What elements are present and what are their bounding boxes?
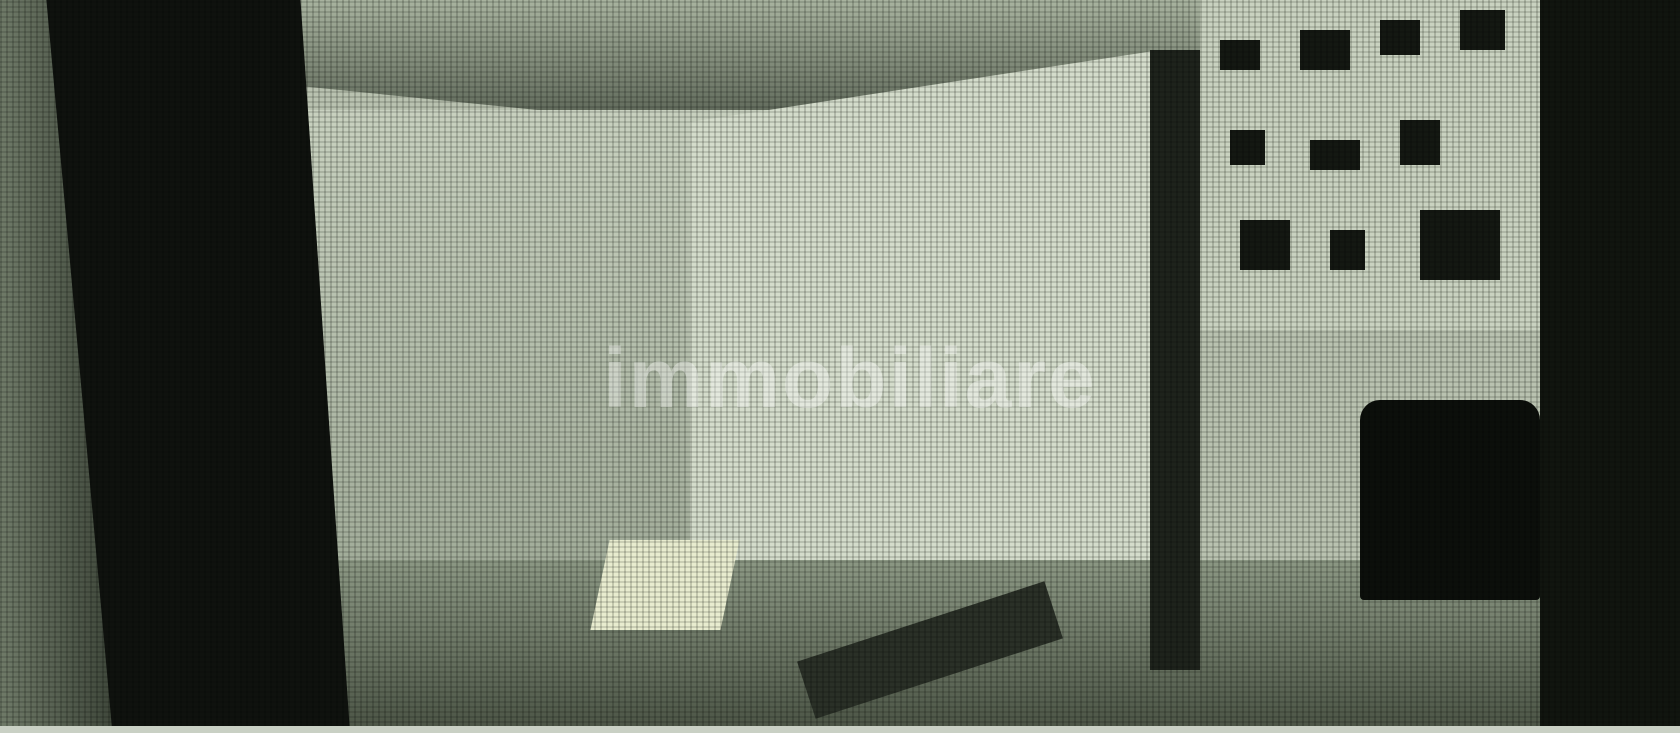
watermark: immobiliare	[500, 330, 1200, 427]
picture-frame	[1380, 20, 1420, 55]
picture-frame	[1240, 220, 1290, 270]
picture-frame	[1220, 40, 1260, 70]
picture-frame	[1400, 120, 1440, 165]
bottom-edge	[0, 726, 1680, 733]
picture-frame	[1420, 210, 1500, 280]
picture-frame	[1230, 130, 1265, 165]
right-dark-area	[1540, 0, 1680, 733]
picture-frame	[1330, 230, 1365, 270]
picture-frame	[1310, 140, 1360, 170]
rug	[590, 540, 739, 630]
picture-frame	[1300, 30, 1350, 70]
picture-collage-wall	[1200, 0, 1560, 330]
picture-frame	[1460, 10, 1505, 50]
room-photo: immobiliare	[0, 0, 1680, 733]
dark-chair	[1360, 400, 1540, 600]
